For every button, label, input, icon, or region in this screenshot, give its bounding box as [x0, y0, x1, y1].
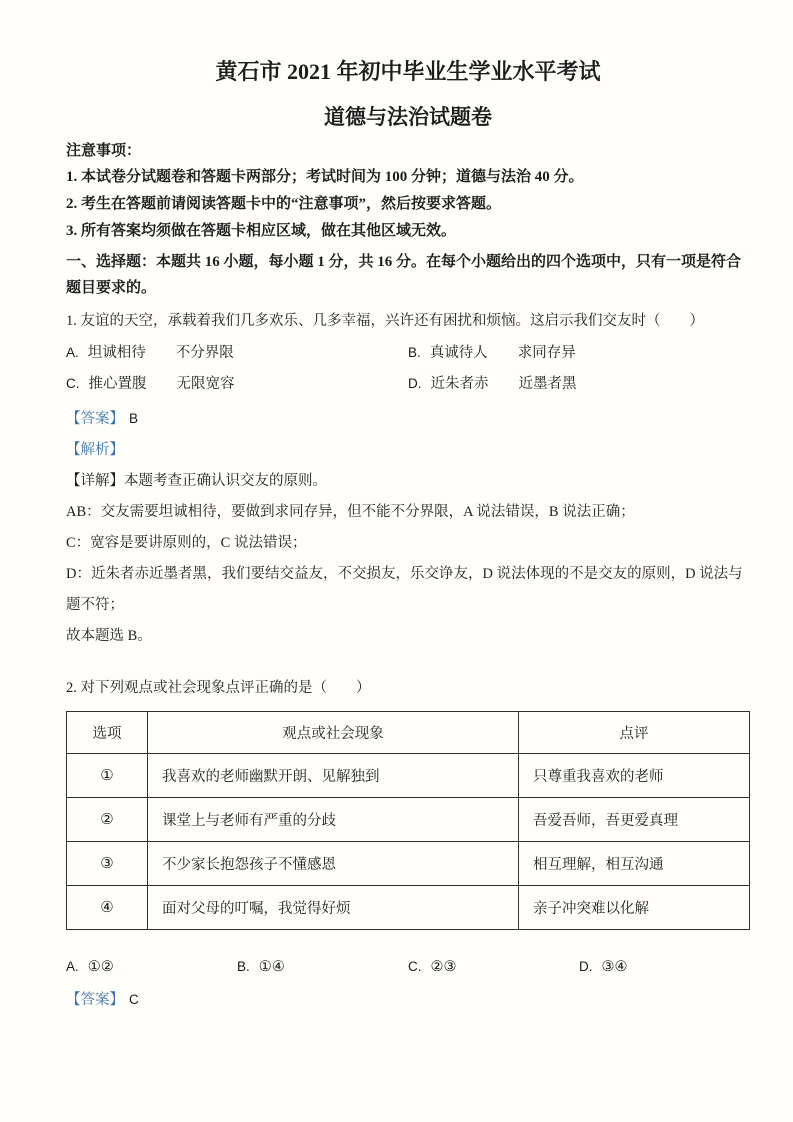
q1-detail-ab: AB：交友需要坦诚相待，要做到求同存异，但不能不分界限，A 说法错误，B 说法正… [66, 497, 750, 528]
question-1-options: A.坦诚相待不分界限 B.真诚待人求同存异 C.推心置腹无限宽容 D.近朱者赤近… [66, 342, 750, 395]
table-row: ③ 不少家长抱怨孩子不懂感恩 相互理解，相互沟通 [67, 842, 750, 886]
q1-detail-c: C：宽容是要讲原则的，C 说法错误； [66, 528, 750, 559]
q2-row3-phenomenon: 不少家长抱怨孩子不懂感恩 [148, 842, 519, 886]
table-row: ① 我喜欢的老师幽默开朗、见解独到 只尊重我喜欢的老师 [67, 754, 750, 798]
q2-option-c: C.②③ [408, 956, 579, 978]
question-2-options: A.①② B.①④ C.②③ D.③④ [66, 956, 750, 978]
q1-answer-line: 【答案】B [66, 403, 750, 435]
question-1-text: 1. 友谊的天空，承载着我们几多欢乐、几多幸福，兴许还有困扰和烦恼。这启示我们交… [66, 311, 750, 332]
q2-table-header-phenomenon: 观点或社会现象 [148, 712, 519, 754]
q2-option-a-letter: A. [66, 959, 79, 974]
exam-paper-page: 黄石市 2021 年初中毕业生学业水平考试 道德与法治试题卷 注意事项： 1. … [0, 0, 793, 1122]
q2-row1-phenomenon: 我喜欢的老师幽默开朗、见解独到 [148, 754, 519, 798]
q1-answer-value: B [129, 411, 138, 426]
q1-option-c-letter: C. [66, 376, 80, 391]
q2-row2-phenomenon: 课堂上与老师有严重的分歧 [148, 798, 519, 842]
q1-detail-conclusion: 故本题选 B。 [66, 621, 750, 652]
q2-option-d-letter: D. [579, 959, 593, 974]
q2-row4-comment: 亲子冲突难以化解 [519, 886, 750, 930]
page-subtitle: 道德与法治试题卷 [66, 102, 750, 132]
q1-detail-summary: 【详解】本题考查正确认识交友的原则。 [66, 466, 750, 497]
q1-option-b-letter: B. [408, 345, 421, 360]
q2-option-d: D.③④ [579, 956, 750, 978]
q2-option-b-letter: B. [237, 959, 250, 974]
q1-analysis-line: 【解析】 [66, 435, 750, 466]
q2-answer-value: C [129, 992, 139, 1007]
notice-item-2: 2. 考生在答题前请阅读答题卡中的“注意事项”，然后按要求答题。 [66, 191, 750, 218]
question-2-text: 2. 对下列观点或社会现象点评正确的是（ ） [66, 678, 750, 699]
q1-option-a-term2: 不分界限 [176, 345, 234, 361]
q1-option-d-term2: 近墨者黑 [519, 376, 577, 392]
notice-heading: 注意事项： [66, 138, 750, 164]
q1-option-b-term2: 求同存异 [518, 345, 576, 361]
q2-option-d-text: ③④ [602, 959, 628, 975]
q1-option-a-letter: A. [66, 345, 79, 360]
q2-answer-label: 【答案】 [66, 992, 124, 1008]
notice-item-1: 1. 本试卷分试题卷和答题卡两部分；考试时间为 100 分钟；道德与法治 40 … [66, 164, 750, 191]
q1-option-d: D.近朱者赤近墨者黑 [408, 373, 750, 395]
q2-option-b-text: ①④ [259, 959, 285, 975]
q2-row1-comment: 只尊重我喜欢的老师 [519, 754, 750, 798]
q1-option-d-term1: 近朱者赤 [431, 376, 489, 392]
q2-row3-option: ③ [67, 842, 148, 886]
q1-analysis-label: 【解析】 [66, 442, 124, 458]
q2-option-c-text: ②③ [431, 959, 457, 975]
q2-option-b: B.①④ [237, 956, 408, 978]
q1-option-d-letter: D. [408, 376, 422, 391]
q2-row4-phenomenon: 面对父母的叮嘱，我觉得好烦 [148, 886, 519, 930]
q2-option-c-letter: C. [408, 959, 422, 974]
section-heading-choice: 一、选择题：本题共 16 小题，每小题 1 分，共 16 分。在每个小题给出的四… [66, 249, 750, 301]
q2-answer-line: 【答案】C [66, 984, 750, 1016]
q1-option-c-term2: 无限宽容 [177, 376, 235, 392]
table-row: ④ 面对父母的叮嘱，我觉得好烦 亲子冲突难以化解 [67, 886, 750, 930]
q1-option-c-term1: 推心置腹 [89, 376, 147, 392]
q1-option-c: C.推心置腹无限宽容 [66, 373, 408, 395]
q2-table-header-comment: 点评 [519, 712, 750, 754]
page-title: 黄石市 2021 年初中毕业生学业水平考试 [66, 56, 750, 88]
q2-table: 选项 观点或社会现象 点评 ① 我喜欢的老师幽默开朗、见解独到 只尊重我喜欢的老… [66, 711, 750, 930]
q2-row2-comment: 吾爱吾师，吾更爱真理 [519, 798, 750, 842]
q1-answer-label: 【答案】 [66, 411, 124, 427]
q2-table-header-option: 选项 [67, 712, 148, 754]
q1-option-b-term1: 真诚待人 [430, 345, 488, 361]
q1-detail-d: D：近朱者赤近墨者黑，我们要结交益友，不交损友，乐交诤友，D 说法体现的不是交友… [66, 559, 750, 621]
q2-row4-option: ④ [67, 886, 148, 930]
q2-option-a-text: ①② [88, 959, 114, 975]
q1-option-a: A.坦诚相待不分界限 [66, 342, 408, 364]
q2-row1-option: ① [67, 754, 148, 798]
q2-option-a: A.①② [66, 956, 237, 978]
q2-row2-option: ② [67, 798, 148, 842]
table-row: ② 课堂上与老师有严重的分歧 吾爱吾师，吾更爱真理 [67, 798, 750, 842]
notice-item-3: 3. 所有答案均须做在答题卡相应区域，做在其他区域无效。 [66, 218, 750, 245]
q1-option-a-term1: 坦诚相待 [88, 345, 146, 361]
q1-option-b: B.真诚待人求同存异 [408, 342, 750, 364]
q2-table-header-row: 选项 观点或社会现象 点评 [67, 712, 750, 754]
q2-row3-comment: 相互理解，相互沟通 [519, 842, 750, 886]
